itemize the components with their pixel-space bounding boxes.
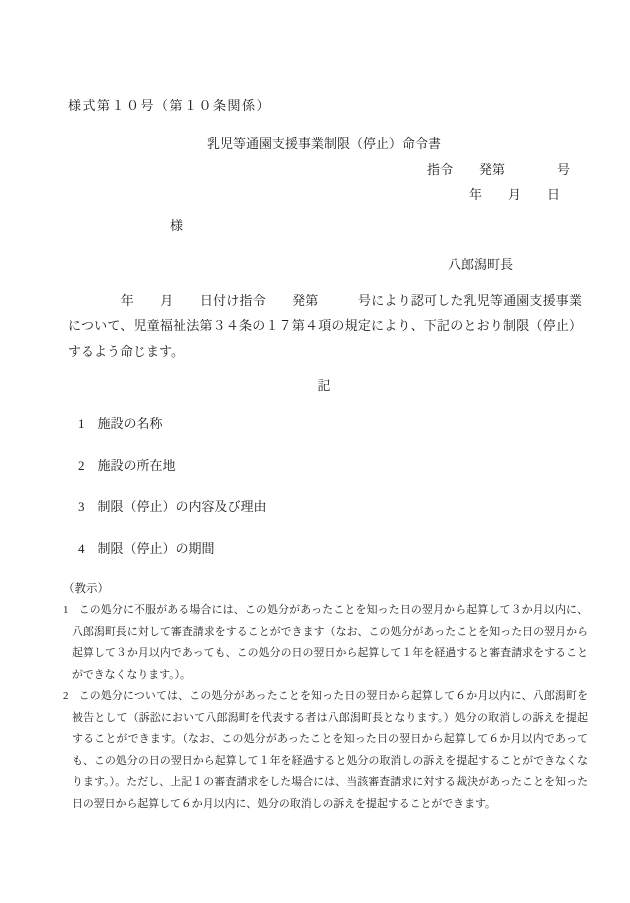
kyoji-note-text: この処分に不服がある場合には、この処分があったことを知った日の翌月から起算して３… xyxy=(72,604,588,681)
list-item-label: 制限（停止）の期間 xyxy=(98,541,215,556)
kyoji-note-text: この処分については、この処分があったことを知った日の翌日から起算して６か月以内に… xyxy=(72,690,588,810)
addressee-suffix: 様 xyxy=(170,215,183,234)
list-item-number: 2 xyxy=(78,458,85,474)
issuer-name: 八郎潟町長 xyxy=(448,254,513,273)
kyoji-note-lawsuit: 2この処分については、この処分があったことを知った日の翌日から起算して６か月以内… xyxy=(63,686,588,815)
list-item-label: 施設の名称 xyxy=(98,416,163,431)
ki-heading: 記 xyxy=(68,375,580,394)
form-number: 様式第１０号（第１０条関係） xyxy=(68,95,271,114)
kyoji-heading: （教示） xyxy=(63,580,109,596)
list-item-label: 制限（停止）の内容及び理由 xyxy=(98,499,267,514)
issue-date-line: 年 月 日 xyxy=(68,184,560,203)
document-title: 乳児等通園支援事業制限（停止）命令書 xyxy=(68,133,580,152)
list-item-restriction-content: 3制限（停止）の内容及び理由 xyxy=(78,496,267,515)
list-item-label: 施設の所在地 xyxy=(98,458,176,473)
list-item-number: 4 xyxy=(78,541,85,557)
list-item-restriction-period: 4制限（停止）の期間 xyxy=(78,538,215,557)
kyoji-note-number: 1 xyxy=(63,604,68,616)
list-item-number: 1 xyxy=(78,416,85,432)
document-page: 様式第１０号（第１０条関係） 乳児等通園支援事業制限（停止）命令書 指令 発第 … xyxy=(0,0,630,903)
list-item-number: 3 xyxy=(78,499,85,515)
directive-number-line: 指令 発第 号 xyxy=(68,159,570,178)
kyoji-note-appeal: 1この処分に不服がある場合には、この処分があったことを知った日の翌月から起算して… xyxy=(63,600,588,686)
list-item-facility-name: 1施設の名称 xyxy=(78,413,163,432)
list-item-facility-location: 2施設の所在地 xyxy=(78,455,176,474)
kyoji-note-number: 2 xyxy=(63,690,68,702)
body-paragraph: 年 月 日付け指令 発第 号により認可した乳児等通園支援事業について、児童福祉法… xyxy=(68,288,582,364)
